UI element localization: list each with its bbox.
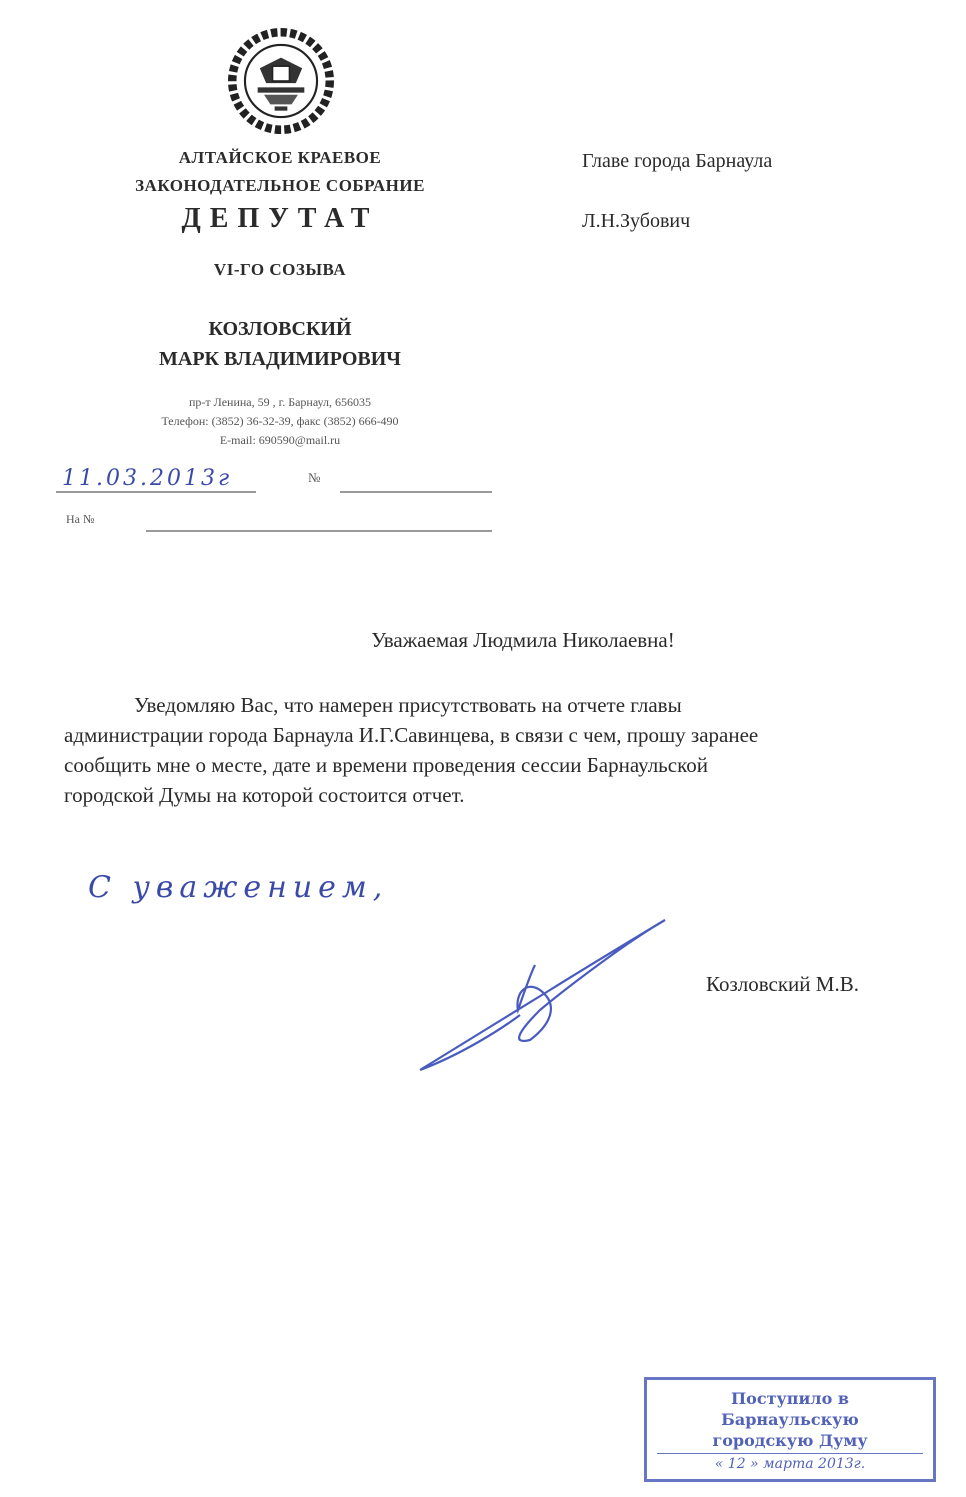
body-line: администрации города Барнаула И.Г.Савинц…: [64, 720, 966, 750]
addressee-title: Главе города Барнаула: [582, 150, 772, 173]
coat-of-arms-icon: [228, 28, 334, 134]
stamp-line3: городскую Думу: [647, 1430, 933, 1451]
number-label: №: [308, 470, 320, 486]
greeting: Уважаемая Людмила Николаевна!: [0, 628, 966, 653]
stamp-line2: Барнаульскую: [647, 1409, 933, 1430]
body-line: сообщить мне о месте, дате и времени про…: [64, 750, 966, 780]
body-line: Уведомляю Вас, что намерен присутствоват…: [64, 690, 966, 720]
handwritten-closing: С уважением,: [88, 870, 388, 905]
sender-email: E-mail: 690590@mail.ru: [80, 433, 480, 448]
org-name-line1: АЛТАЙСКОЕ КРАЕВОЕ: [80, 148, 480, 168]
handwritten-date: 11.03.2013г: [62, 466, 232, 491]
deputy-title: ДЕПУТАТ: [80, 203, 480, 235]
body-line: городской Думы на которой состоится отче…: [64, 780, 966, 810]
incoming-stamp: Поступило в Барнаульскую городскую Думу …: [644, 1377, 936, 1482]
sender-address: пр-т Ленина, 59 , г. Барнаул, 656035: [80, 395, 480, 410]
date-underline: [56, 491, 256, 493]
signer-name: Козловский М.В.: [706, 972, 859, 997]
convocation: VI-ГО СОЗЫВА: [80, 260, 480, 280]
sender-phone: Телефон: (3852) 36-32-39, факс (3852) 66…: [80, 414, 480, 429]
addressee-name: Л.Н.Зубович: [582, 210, 690, 233]
stamp-date: « 12 » марта 2013г.: [657, 1453, 923, 1475]
org-name-line2: ЗАКОНОДАТЕЛЬНОЕ СОБРАНИЕ: [80, 176, 480, 196]
signature-icon: [400, 895, 690, 1095]
number-underline: [340, 491, 492, 493]
sender-given-names: МАРК ВЛАДИМИРОВИЧ: [80, 348, 480, 371]
sender-surname: КОЗЛОВСКИЙ: [80, 318, 480, 341]
reply-to-label: На №: [66, 512, 94, 527]
stamp-line1: Поступило в: [647, 1388, 933, 1409]
reply-to-underline: [146, 530, 492, 532]
letter-body: Уведомляю Вас, что намерен присутствоват…: [64, 690, 966, 810]
